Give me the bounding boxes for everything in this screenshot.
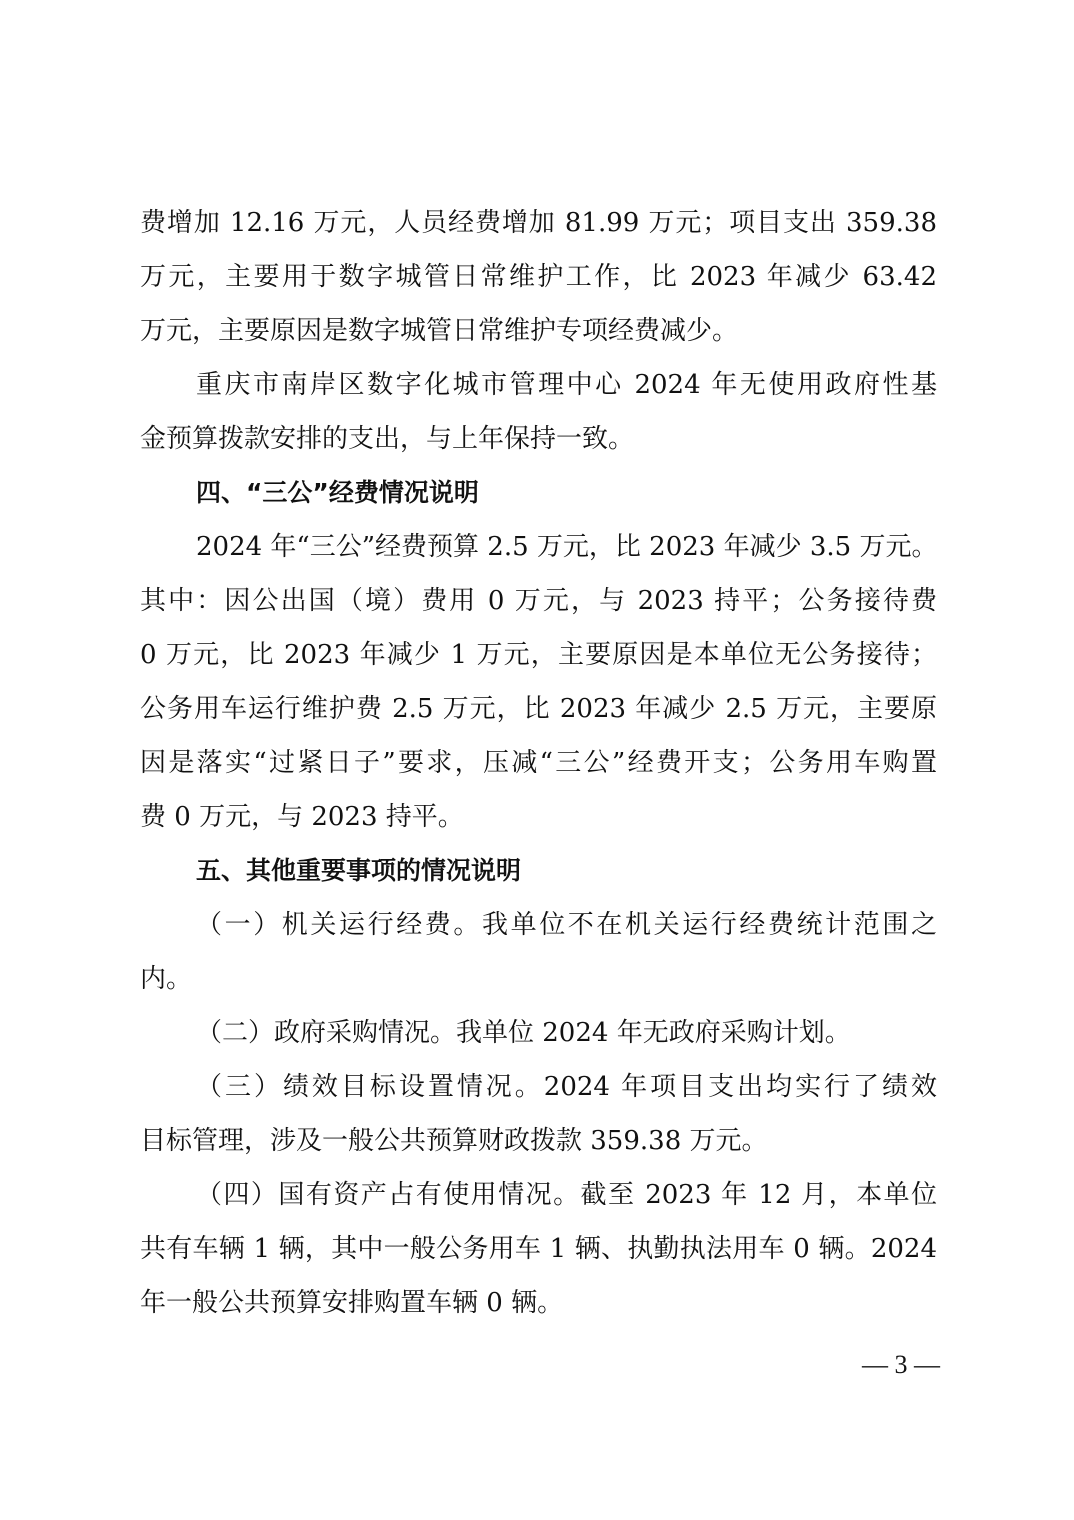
paragraph-performance-goals: （三）绩效目标设置情况。2024 年项目支出均实行了绩效 目标管理，涉及一般公共… <box>140 1064 937 1172</box>
text-line: （一）机关运行经费。我单位不在机关运行经费统计范围之 <box>140 902 937 956</box>
text-line: 年一般公共预算安排购置车辆 0 辆。 <box>140 1280 937 1334</box>
text-line: 费 0 万元，与 2023 持平。 <box>140 794 937 848</box>
text-line: 万元，主要用于数字城管日常维护工作，比 2023 年减少 63.42 <box>140 254 937 308</box>
text-line: （二）政府采购情况。我单位 2024 年无政府采购计划。 <box>140 1010 937 1064</box>
paragraph-expense-summary: 费增加 12.16 万元，人员经费增加 81.99 万元；项目支出 359.38… <box>140 200 937 362</box>
text-line: 因是落实“过紧日子”要求，压减“三公”经费开支；公务用车购置 <box>140 740 937 794</box>
text-line: 目标管理，涉及一般公共预算财政拨款 359.38 万元。 <box>140 1118 937 1172</box>
text-line: 万元，主要原因是数字城管日常维护专项经费减少。 <box>140 308 937 362</box>
document-page: 费增加 12.16 万元，人员经费增加 81.99 万元；项目支出 359.38… <box>140 200 937 1334</box>
paragraph-three-public-expenses: 2024 年“三公”经费预算 2.5 万元，比 2023 年减少 3.5 万元。… <box>140 524 937 848</box>
text-line: 金预算拨款安排的支出，与上年保持一致。 <box>140 416 937 470</box>
text-line: （三）绩效目标设置情况。2024 年项目支出均实行了绩效 <box>140 1064 937 1118</box>
text-line: 共有车辆 1 辆，其中一般公务用车 1 辆、执勤执法用车 0 辆。2024 <box>140 1226 937 1280</box>
text-line: 费增加 12.16 万元，人员经费增加 81.99 万元；项目支出 359.38 <box>140 200 937 254</box>
text-line: （四）国有资产占有使用情况。截至 2023 年 12 月，本单位 <box>140 1172 937 1226</box>
text-line: 其中：因公出国（境）费用 0 万元，与 2023 持平；公务接待费 <box>140 578 937 632</box>
section-heading-other-matters: 五、其他重要事项的情况说明 <box>140 848 937 902</box>
text-line: 2024 年“三公”经费预算 2.5 万元，比 2023 年减少 3.5 万元。 <box>140 524 937 578</box>
text-line: 重庆市南岸区数字化城市管理中心 2024 年无使用政府性基 <box>140 362 937 416</box>
section-heading-three-public-expenses: 四、“三公”经费情况说明 <box>140 470 937 524</box>
paragraph-procurement: （二）政府采购情况。我单位 2024 年无政府采购计划。 <box>140 1010 937 1064</box>
text-line: 内。 <box>140 956 937 1010</box>
paragraph-operating-expenses: （一）机关运行经费。我单位不在机关运行经费统计范围之 内。 <box>140 902 937 1010</box>
paragraph-government-fund: 重庆市南岸区数字化城市管理中心 2024 年无使用政府性基 金预算拨款安排的支出… <box>140 362 937 470</box>
paragraph-state-assets: （四）国有资产占有使用情况。截至 2023 年 12 月，本单位 共有车辆 1 … <box>140 1172 937 1334</box>
text-line: 0 万元，比 2023 年减少 1 万元，主要原因是本单位无公务接待； <box>140 632 937 686</box>
page-number: — 3 — <box>862 1350 940 1380</box>
text-line: 公务用车运行维护费 2.5 万元，比 2023 年减少 2.5 万元，主要原 <box>140 686 937 740</box>
